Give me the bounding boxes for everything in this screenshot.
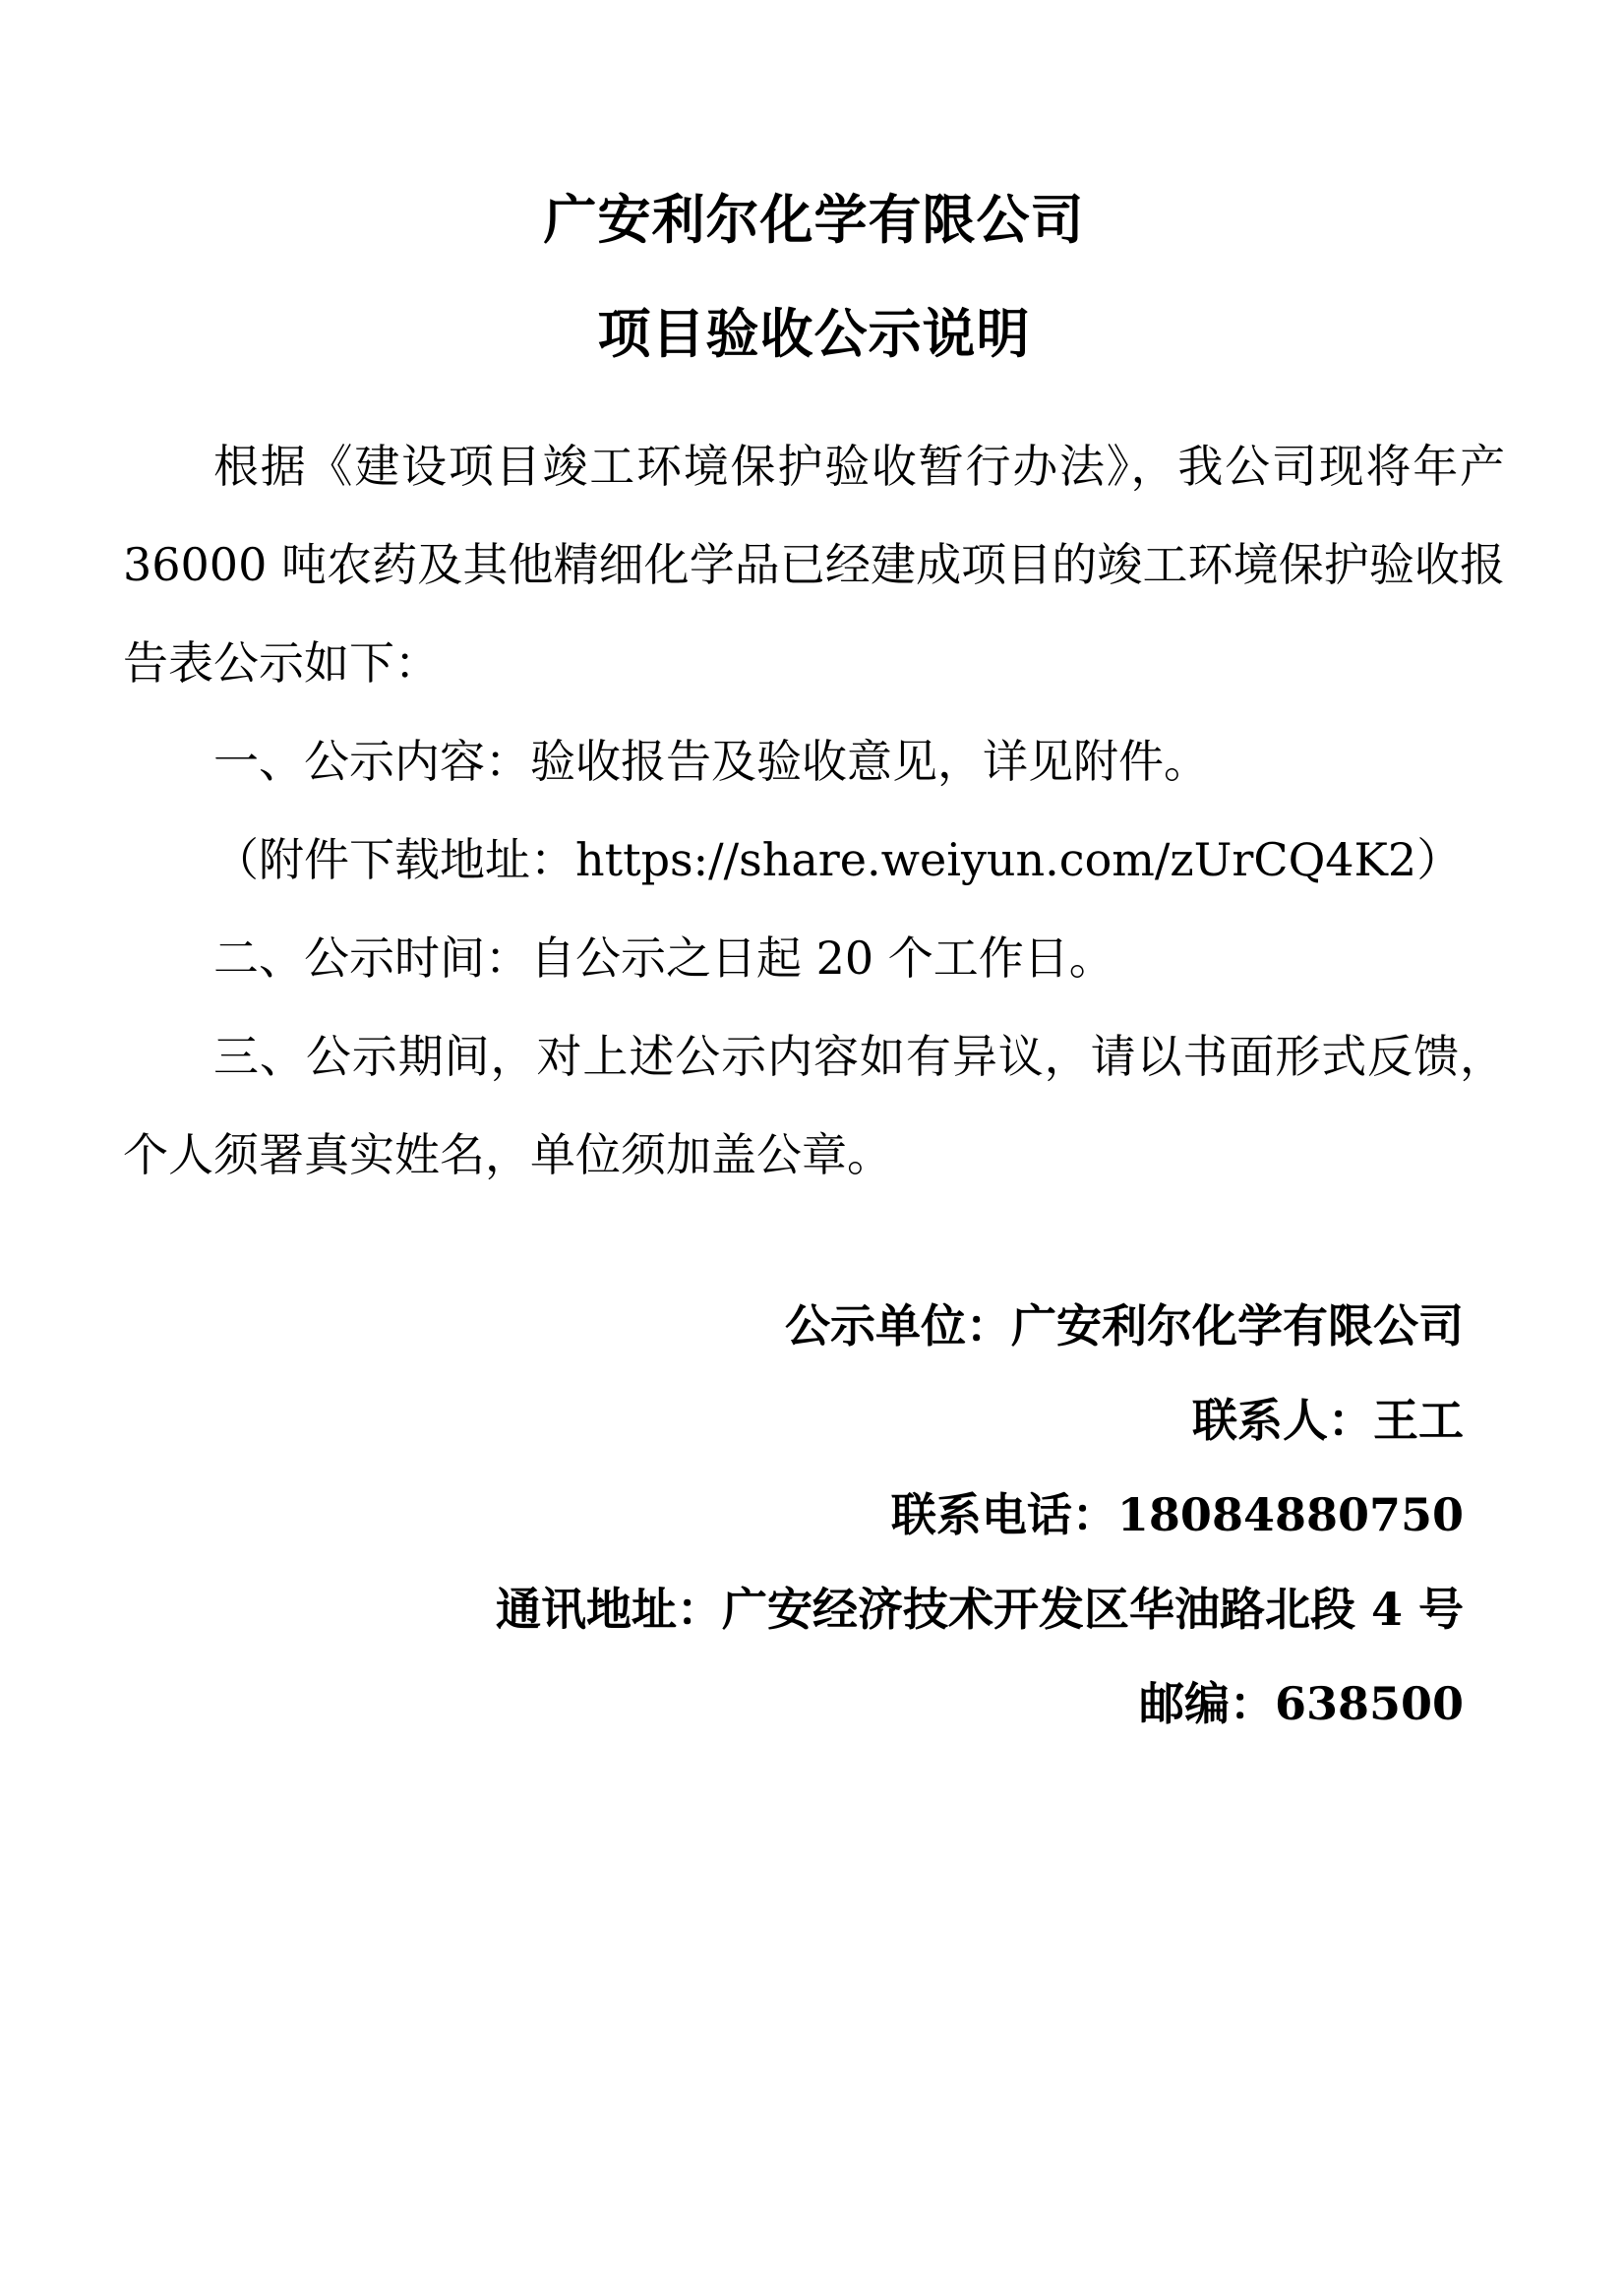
item-1-content: 一、公示内容：验收报告及验收意见，详见附件。	[123, 712, 1505, 811]
attachment-download-url[interactable]: https://share.weiyun.com/zUrCQ4K2	[575, 833, 1416, 886]
document-page: 广安利尔化学有限公司 项目验收公示说明 根据《建设项目竣工环境保护验收暂行办法》…	[0, 0, 1624, 2283]
intro-paragraph: 根据《建设项目竣工环境保护验收暂行办法》，我公司现将年产36000 吨农药及其他…	[123, 417, 1505, 712]
contact-unit: 公示单位：广安利尔化学有限公司	[123, 1279, 1464, 1373]
attachment-line: （附件下载地址：https://share.weiyun.com/zUrCQ4K…	[123, 811, 1505, 909]
contact-address: 通讯地址：广安经济技术开发区华油路北段 4 号	[123, 1562, 1464, 1656]
item-3-feedback: 三、公示期间，对上述公示内容如有异议，请以书面形式反馈，个人须署真实姓名，单位须…	[123, 1007, 1505, 1204]
attachment-line-suffix: ）	[1416, 833, 1462, 886]
document-subtitle: 项目验收公示说明	[123, 303, 1505, 366]
contact-phone: 联系电话：18084880750	[123, 1468, 1464, 1562]
document-title: 广安利尔化学有限公司	[123, 189, 1505, 252]
contact-person: 联系人：王工	[123, 1373, 1464, 1468]
item-2-time: 二、公示时间：自公示之日起 20 个工作日。	[123, 909, 1505, 1007]
contact-postcode: 邮编：638500	[123, 1656, 1464, 1751]
contact-block: 公示单位：广安利尔化学有限公司 联系人：王工 联系电话：18084880750 …	[123, 1279, 1505, 1751]
attachment-line-prefix: （附件下载地址：	[213, 833, 575, 886]
document-body: 根据《建设项目竣工环境保护验收暂行办法》，我公司现将年产36000 吨农药及其他…	[123, 417, 1505, 1204]
